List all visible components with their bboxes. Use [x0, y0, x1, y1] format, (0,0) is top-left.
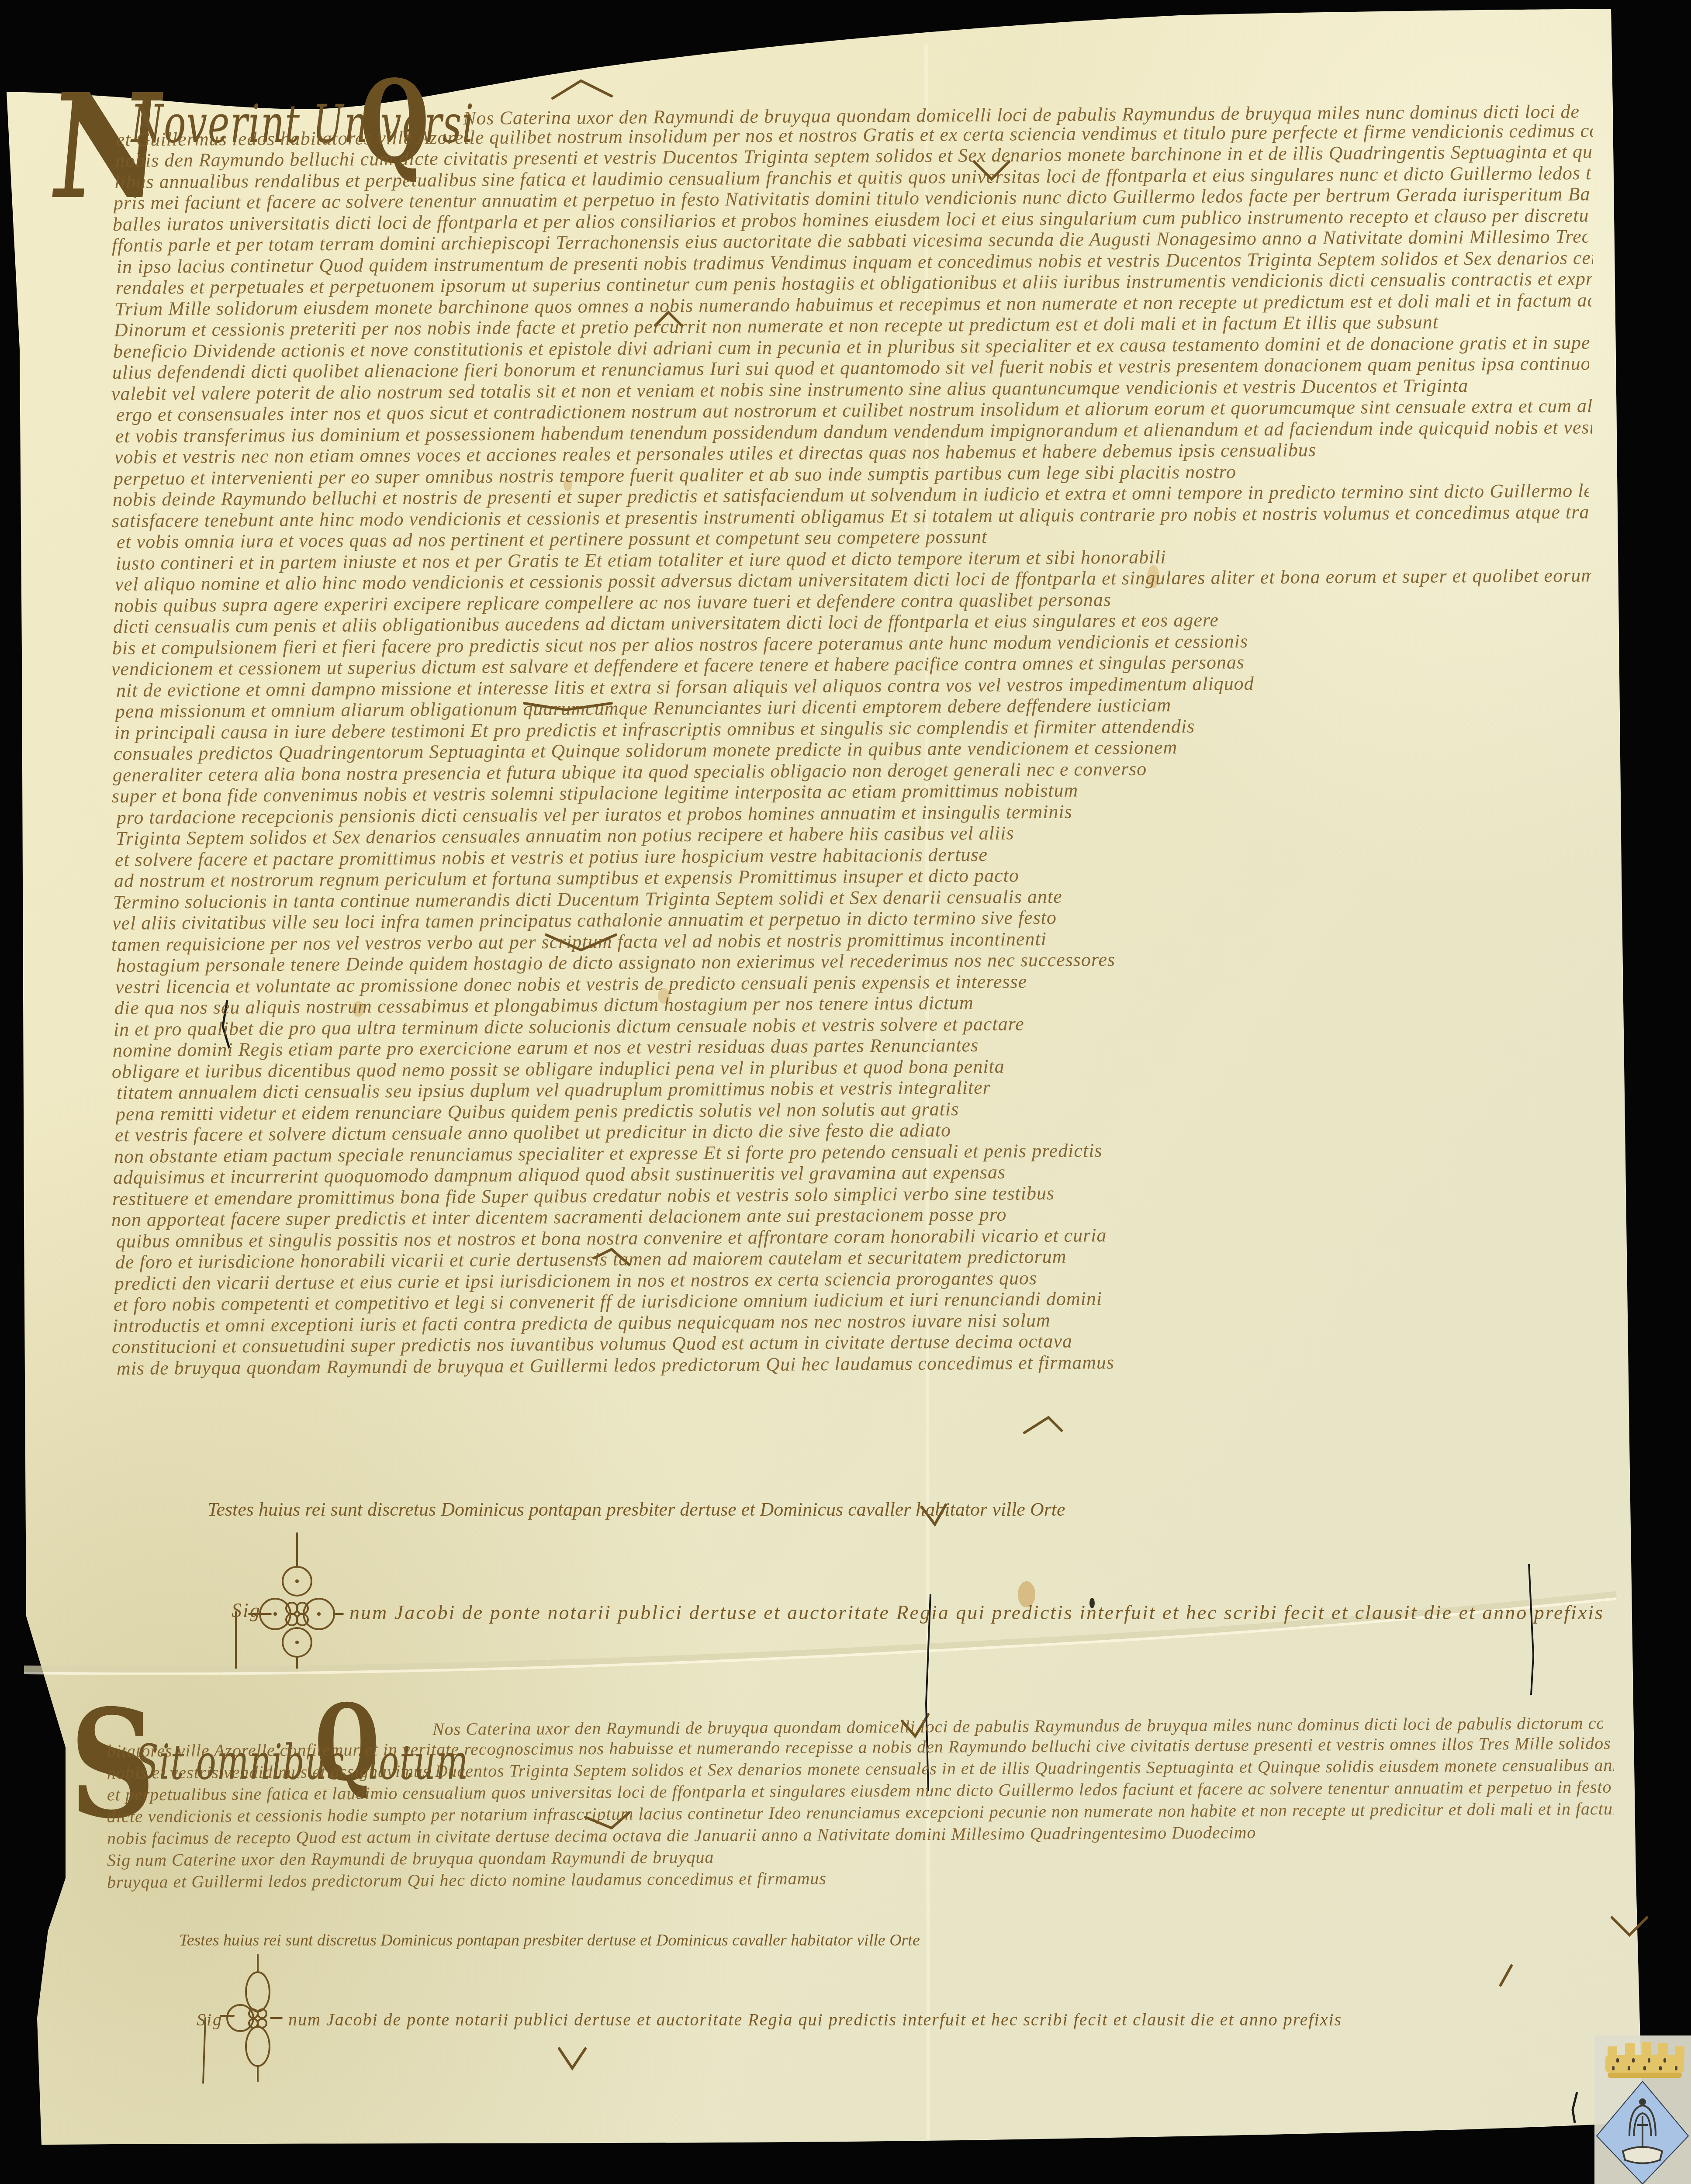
- charter-2-witnesses: Testes huius rei sunt discretus Dominicu…: [179, 1931, 920, 1950]
- charter-2-signum-prefix: Sig: [197, 2009, 223, 2030]
- charter-1-notary-line: num Jacobi de ponte notarii publici dert…: [349, 1601, 1604, 1624]
- charter-1-witnesses: Testes huius rei sunt discretus Dominicu…: [207, 1498, 1065, 1521]
- witnesses-text: Testes huius rei sunt discretus Dominicu…: [207, 1499, 1065, 1520]
- scan-background: N Noverint Universi Q Nos Caterina uxor …: [0, 0, 1691, 2184]
- coat-of-arms-watermark: [1594, 2035, 1691, 2184]
- municipal-coat-of-arms-icon: [1594, 2035, 1691, 2184]
- notary-text: num Jacobi de ponte notarii publici dert…: [349, 1601, 1604, 1624]
- charter-2-notary-line: num Jacobi de ponte notarii publici dert…: [288, 2009, 1342, 2030]
- notary-text-2: num Jacobi de ponte notarii publici dert…: [288, 2010, 1342, 2029]
- charter-1-signum-prefix: Sig: [232, 1599, 261, 1622]
- witnesses-text-2: Testes huius rei sunt discretus Dominicu…: [179, 1931, 920, 1949]
